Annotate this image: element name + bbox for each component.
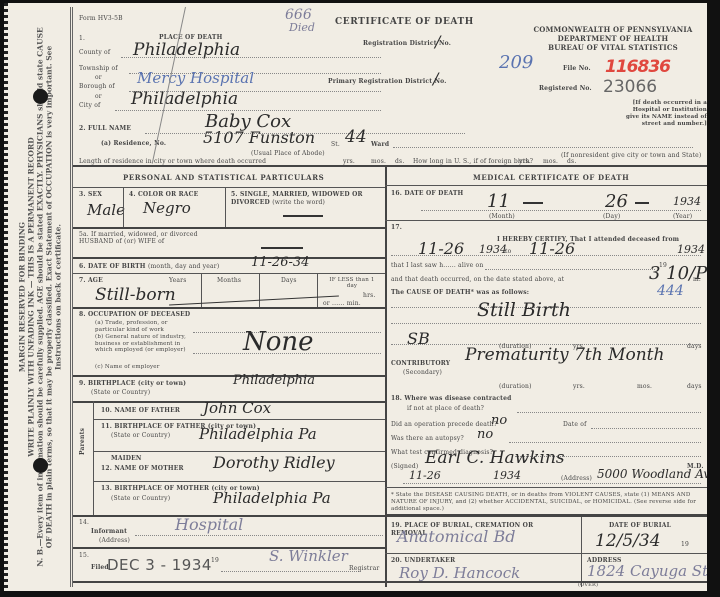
divider bbox=[93, 451, 385, 452]
divider bbox=[73, 165, 707, 167]
death-occurred-label: and that death occurred, on the date sta… bbox=[391, 276, 564, 283]
primary-registration-value: / bbox=[433, 69, 438, 88]
secondary-label: (Secondary) bbox=[403, 369, 442, 376]
footnote: * State the DISEASE CAUSING DEATH, or in… bbox=[391, 492, 701, 513]
fill-line bbox=[509, 442, 701, 443]
cell-divider bbox=[317, 273, 318, 307]
mother-bp-sub: (State or Country) bbox=[111, 495, 170, 502]
over-label: (OVER) bbox=[578, 582, 598, 588]
registrar-label: Registrar bbox=[349, 565, 379, 572]
column-divider bbox=[385, 165, 387, 587]
spouse-value bbox=[261, 247, 303, 249]
dash bbox=[635, 202, 649, 204]
contributory-value: Prematurity 7th Month bbox=[465, 345, 664, 365]
cell-divider bbox=[123, 187, 124, 227]
perforation-edge bbox=[4, 3, 8, 591]
burial-date-label: DATE OF BURIAL bbox=[609, 522, 671, 529]
father-value: John Cox bbox=[203, 399, 271, 417]
father-bp-value: Philadelphia Pa bbox=[199, 425, 317, 443]
divider bbox=[93, 419, 385, 420]
length-residence-label: Length of residence in city or town wher… bbox=[79, 158, 266, 165]
death-certificate: MARGIN RESERVED FOR BINDING WRITE PLAINL… bbox=[4, 3, 707, 591]
borough-label: Borough of bbox=[79, 83, 115, 90]
signed-year: 1934 bbox=[493, 469, 521, 482]
fill-line bbox=[591, 428, 701, 429]
sex-label: 3. SEX bbox=[79, 191, 102, 198]
form-body: Form HV3-5B 666 Died CERTIFICATE OF DEAT… bbox=[70, 7, 707, 587]
primary-registration-label: Primary Registration District No. bbox=[328, 78, 447, 85]
yrs-label: yrs. bbox=[343, 158, 355, 165]
birthplace-value: Philadelphia bbox=[233, 373, 315, 388]
corner-note: Died bbox=[289, 21, 315, 34]
autopsy-label: Was there an autopsy? bbox=[391, 435, 464, 442]
filed-number: 15. bbox=[79, 552, 89, 559]
marital-value bbox=[283, 215, 323, 217]
informant-sub: (Address) bbox=[99, 537, 130, 544]
min-label: or ...... min. bbox=[323, 300, 361, 307]
agency-line: COMMONWEALTH OF PENNSYLVANIA bbox=[523, 25, 703, 34]
filed-stamp: DEC 3 - 1934 bbox=[107, 556, 212, 574]
informant-value: Hospital bbox=[175, 515, 243, 534]
divider bbox=[385, 220, 707, 221]
mother-value: Dorothy Ridley bbox=[213, 453, 335, 472]
occupation-c: (c) Name of employer bbox=[95, 364, 160, 370]
fill-line bbox=[421, 210, 701, 211]
color-label: 4. COLOR OR RACE bbox=[129, 191, 198, 198]
dod-month: 11 bbox=[487, 191, 510, 212]
contracted-label: 18. Where was disease contracted bbox=[391, 395, 512, 402]
margin-line: Instructions on back of certificate. bbox=[53, 17, 62, 577]
dod-day: 26 bbox=[605, 191, 628, 212]
contracted-sub: if not at place of death? bbox=[407, 405, 484, 412]
days-label: days bbox=[687, 383, 702, 390]
months-label: Months bbox=[217, 277, 241, 284]
margin-line: MARGIN RESERVED FOR BINDING bbox=[17, 17, 26, 577]
divider bbox=[385, 581, 707, 583]
fill-line bbox=[391, 323, 701, 324]
usual-place-label: (Usual Place of Abode) bbox=[251, 150, 325, 157]
mos-label: mos. bbox=[637, 383, 652, 390]
divider bbox=[385, 514, 707, 517]
divider bbox=[385, 487, 707, 488]
physician-address: 5000 Woodland Ave bbox=[597, 467, 707, 481]
mother-bp-value: Philadelphia Pa bbox=[213, 489, 331, 507]
full-name-label: 2. FULL NAME bbox=[79, 125, 131, 132]
physician-signature: Earl C. Hawkins bbox=[425, 448, 565, 468]
attended-to: 11-26 bbox=[529, 239, 575, 258]
age-value: Still-born bbox=[95, 285, 176, 305]
cell-divider bbox=[581, 517, 582, 587]
burial-value: Anatomical Bd bbox=[397, 527, 515, 546]
fill-line bbox=[393, 147, 693, 148]
file-no-value: 116836 bbox=[605, 57, 670, 77]
cause-abbreviation: SB bbox=[407, 329, 430, 348]
undertaker-value: Roy D. Hancock bbox=[399, 564, 520, 582]
address-label: (Address) bbox=[561, 475, 592, 482]
ds-label: ds. bbox=[567, 158, 576, 165]
scan-border bbox=[707, 0, 720, 597]
divider bbox=[73, 307, 385, 309]
to-label: to bbox=[505, 248, 511, 255]
section-number: 1. bbox=[79, 35, 85, 42]
cell-divider bbox=[225, 187, 226, 227]
mother-label: 12. NAME OF MOTHER bbox=[101, 465, 184, 472]
borough-value: Mercy Hospital bbox=[137, 69, 254, 87]
fill-line bbox=[221, 571, 361, 572]
fill-line bbox=[135, 535, 383, 536]
punch-hole bbox=[33, 458, 48, 473]
parents-label: Parents bbox=[79, 428, 86, 455]
date-of-label: Date of bbox=[563, 421, 587, 428]
county-value: Philadelphia bbox=[133, 40, 240, 60]
occupation-a: (a) Trade, profession, or particular kin… bbox=[95, 320, 191, 333]
fill-line bbox=[517, 412, 701, 413]
years-label: Years bbox=[169, 277, 187, 284]
attended-to-year: 1934 bbox=[677, 243, 705, 256]
registered-no-label: Registered No. bbox=[539, 85, 592, 92]
yrs-label: yrs. bbox=[573, 383, 585, 390]
duration-label: (duration) bbox=[499, 383, 532, 390]
autopsy-value: no bbox=[477, 427, 493, 442]
form-number: Form HV3-5B bbox=[79, 15, 123, 22]
certify-text: I HEREBY CERTIFY, That I attended deceas… bbox=[497, 236, 679, 243]
undertaker-label: 20. UNDERTAKER bbox=[391, 557, 455, 564]
divider bbox=[93, 481, 385, 482]
certificate-title: CERTIFICATE OF DEATH bbox=[335, 17, 474, 27]
registration-district-value: / bbox=[435, 32, 440, 51]
mos-label: mos. bbox=[371, 158, 386, 165]
city-label: City of bbox=[79, 102, 100, 109]
time-suffix: m. bbox=[693, 276, 701, 283]
sex-value: Male bbox=[87, 201, 125, 219]
cause-value: Still Birth bbox=[477, 299, 571, 321]
attended-from-year: 1934 bbox=[479, 243, 507, 256]
father-bp-sub: (State or Country) bbox=[111, 432, 170, 439]
hrs-label: hrs. bbox=[363, 292, 376, 299]
attended-from: 11-26 bbox=[418, 239, 464, 258]
dob-value: 11-26-34 bbox=[251, 255, 309, 270]
filed-19: 19 bbox=[211, 557, 219, 564]
yrs-label: yrs. bbox=[519, 158, 531, 165]
file-no-label: File No. bbox=[563, 65, 591, 72]
how-long-label: How long in U. S., if of foreign birth? bbox=[413, 158, 533, 165]
contributory-label: CONTRIBUTORY bbox=[391, 360, 450, 367]
agency-line: BUREAU OF VITAL STATISTICS bbox=[523, 43, 703, 52]
cause-label: The CAUSE OF DEATH* was as follows: bbox=[391, 289, 529, 296]
divider bbox=[73, 581, 385, 583]
punch-hole bbox=[33, 89, 48, 104]
registrar-signature: S. Winkler bbox=[269, 547, 348, 565]
medical-heading: MEDICAL CERTIFICATE OF DEATH bbox=[473, 173, 629, 182]
age-label: 7. AGE bbox=[79, 277, 103, 284]
spouse-label: 5a. If married, widowed, or divorced HUS… bbox=[79, 231, 209, 245]
informant-label: Informant bbox=[91, 528, 127, 535]
signed-date: 11-26 bbox=[409, 469, 441, 482]
divider bbox=[73, 227, 385, 229]
occupation-label: 8. OCCUPATION OF DECEASED bbox=[79, 311, 190, 318]
occupation-b: (b) General nature of industry, business… bbox=[95, 334, 195, 354]
registered-no-value: 23066 bbox=[603, 77, 657, 97]
ward-value: 44 bbox=[345, 127, 367, 147]
dod-label: 16. DATE OF DEATH bbox=[391, 190, 463, 197]
street-label: St. bbox=[331, 141, 340, 148]
month-label: (Month) bbox=[489, 213, 515, 220]
agency-line: DEPARTMENT OF HEALTH bbox=[523, 34, 703, 43]
personal-heading: PERSONAL AND STATISTICAL PARTICULARS bbox=[123, 173, 324, 182]
fill-line bbox=[485, 269, 655, 270]
day-label: (Day) bbox=[603, 213, 620, 220]
township-label: Township of bbox=[79, 65, 118, 72]
burial-19: 19 bbox=[681, 541, 689, 548]
certify-number: 17. bbox=[391, 224, 402, 231]
hospital-note: [If death occurred in a Hospital or Inst… bbox=[619, 100, 707, 128]
agency-header: COMMONWEALTH OF PENNSYLVANIA DEPARTMENT … bbox=[523, 25, 703, 52]
cause-code: 444 bbox=[657, 283, 684, 299]
informant-number: 14. bbox=[79, 519, 89, 526]
marital-label: 5. SINGLE, MARRIED, WIDOWED OR DIVORCED … bbox=[231, 191, 381, 207]
divider bbox=[385, 553, 707, 554]
father-label: 10. NAME OF FATHER bbox=[101, 407, 180, 414]
color-value: Negro bbox=[143, 199, 191, 217]
district-note: 209 bbox=[499, 52, 533, 73]
days-label: Days bbox=[281, 277, 297, 284]
operation-value: no bbox=[491, 413, 507, 428]
dash bbox=[523, 202, 543, 204]
birthplace-label: 9. BIRTHPLACE (city or town) bbox=[79, 380, 186, 387]
divider bbox=[73, 273, 385, 274]
cell-divider bbox=[259, 273, 260, 307]
year-label: (Year) bbox=[673, 213, 692, 220]
burial-date-value: 12/5/34 bbox=[595, 531, 661, 551]
dob-label: 6. DATE OF BIRTH (month, day and year) bbox=[79, 263, 219, 270]
ward-label: Ward bbox=[371, 141, 389, 148]
dob-note: (month, day and year) bbox=[148, 263, 219, 270]
days-label: days bbox=[687, 343, 702, 350]
or-label: or bbox=[95, 74, 102, 81]
age-strike-line bbox=[169, 296, 339, 306]
mos-label: mos. bbox=[543, 158, 558, 165]
marital-note: (write the word) bbox=[272, 199, 325, 206]
last-saw-label: that I last saw h...... alive on bbox=[391, 262, 483, 269]
undertaker-address-value: 1824 Cayuga St bbox=[587, 562, 707, 580]
nonresident-note: (If nonresident give city or town and St… bbox=[561, 152, 701, 159]
less-than-day-label: IF LESS than 1 day bbox=[327, 277, 377, 289]
birthplace-sub: (State or Country) bbox=[91, 389, 150, 396]
divider bbox=[385, 185, 707, 186]
residence-value: 5107 Funston bbox=[203, 128, 315, 147]
dod-year: 1934 bbox=[673, 195, 701, 208]
ds-label: ds. bbox=[395, 158, 404, 165]
divider bbox=[73, 187, 385, 188]
city-value: Philadelphia bbox=[131, 89, 238, 109]
dob-label-text: 6. DATE OF BIRTH bbox=[79, 263, 146, 270]
or-label: or bbox=[95, 93, 102, 100]
county-label: County of bbox=[79, 49, 110, 56]
occupation-value: None bbox=[243, 327, 314, 357]
divider bbox=[73, 375, 385, 377]
maiden-label: MAIDEN bbox=[111, 455, 142, 462]
divider bbox=[73, 257, 385, 259]
fill-line bbox=[403, 483, 701, 484]
